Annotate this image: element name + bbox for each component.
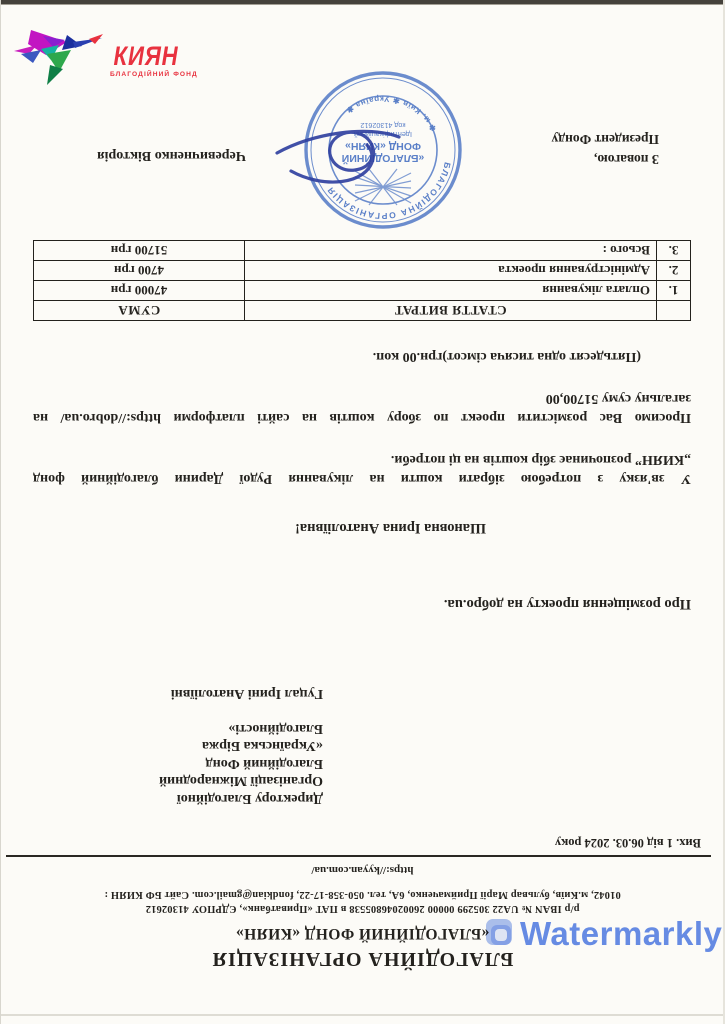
table-row: 3. Всього : 51700 грн bbox=[34, 241, 691, 261]
recipient-line: «Українська Біржа bbox=[53, 737, 323, 755]
website-line: https://kyyan.com.ua/ bbox=[0, 864, 725, 876]
body-paragraph-1: У зв'язку з потребою зібрати кошти на лі… bbox=[33, 450, 691, 487]
row-sum: 47000 грн bbox=[34, 281, 245, 301]
scan-edge-top-shadow bbox=[0, 4, 725, 5]
scan-edge-left bbox=[0, 0, 1, 1024]
scanned-letter: БЛАГОДІЙНА ОРГАНІЗАЦІЯ «БЛАГОДІЙНИЙ ФОНД… bbox=[0, 0, 725, 1024]
signer-name: Черевичненко Вікторія bbox=[97, 147, 246, 163]
row-sum: 4700 грн bbox=[34, 261, 245, 281]
logo-text-block: КИЯН БЛАГОДІЙНИЙ ФОНД bbox=[110, 44, 198, 78]
recipient-name: Гуцал Ірині Анатоліївні bbox=[53, 685, 323, 703]
col-number-header bbox=[657, 301, 691, 321]
bank-details-line: р/р IBAN № UA22 305299 00000 26002046805… bbox=[0, 903, 725, 914]
stamp-center-line4: код 41302612 bbox=[360, 121, 405, 130]
table-row: 2. Адміністрування проекта 4700 грн bbox=[34, 261, 691, 281]
watermark-logo-icon bbox=[483, 917, 517, 951]
round-stamp: БЛАГОДІЙНА ОРГАНІЗАЦІЯ ✱ м. Київ ✱ Украї… bbox=[251, 67, 463, 233]
amount-in-words: (Пятьдесят одна тисяча сімсот)грн.00 коп… bbox=[373, 348, 641, 364]
stamp-icon: БЛАГОДІЙНА ОРГАНІЗАЦІЯ ✱ м. Київ ✱ Украї… bbox=[251, 67, 463, 233]
cost-table: СТАТТЯ ВИТРАТ СУМА 1. Оплата лікування 4… bbox=[33, 240, 691, 321]
logo-subtitle: БЛАГОДІЙНИЙ ФОНД bbox=[110, 71, 198, 78]
recipient-line: Директору Благодійної bbox=[53, 790, 323, 808]
table-row: 1. Оплата лікування 47000 грн bbox=[34, 281, 691, 301]
stamp-center-line1: «БЛАГОДІЙНИЙ bbox=[342, 152, 425, 165]
address-line: 01042, м.Київ, бульвар Марії Приймаченко… bbox=[0, 889, 725, 900]
col-item-header: СТАТТЯ ВИТРАТ bbox=[245, 301, 657, 321]
recipient-block: Директору Благодійної Організації Міжнар… bbox=[53, 685, 323, 807]
row-number: 1. bbox=[657, 281, 691, 301]
col-sum-header: СУМА bbox=[34, 301, 245, 321]
row-number: 3. bbox=[657, 241, 691, 261]
row-item: Адміністрування проекта bbox=[245, 261, 657, 281]
row-item: Всього : bbox=[245, 241, 657, 261]
body-line: У зв'язку з потребою зібрати кошти на лі… bbox=[33, 469, 691, 488]
body-line: загальну суму 51700,00 bbox=[33, 389, 691, 408]
salutation: Шановна Ірина Анатоліївна! bbox=[28, 519, 725, 536]
row-number: 2. bbox=[657, 261, 691, 281]
logo-bird-icon bbox=[13, 27, 103, 87]
stamp-center-line2: ФОНД «КИЯН» bbox=[345, 140, 421, 152]
table-header-row: СТАТТЯ ВИТРАТ СУМА bbox=[34, 301, 691, 321]
watermark-text: Watermarkly bbox=[520, 915, 722, 953]
header-divider bbox=[6, 855, 711, 857]
body-line: Просимо Вас розмістити проект по збору к… bbox=[33, 408, 691, 427]
closing-title: Президент Фонду bbox=[551, 129, 659, 149]
row-sum: 51700 грн bbox=[34, 241, 245, 261]
reference-number: Вих. 1 від 06.03. 2024 року bbox=[555, 835, 701, 850]
recipient-line: Благодійності» bbox=[53, 720, 323, 738]
closing-block: З повагою, Президент Фонду bbox=[551, 129, 659, 169]
recipient-line: Благодійний Фонд bbox=[53, 755, 323, 773]
logo-title: КИЯН bbox=[110, 44, 182, 68]
recipient-line: Організації Міжнародний bbox=[53, 772, 323, 790]
scan-edge-bottom bbox=[0, 1014, 725, 1016]
subject-line: Про розміщення проекту на добро.ua. bbox=[444, 595, 691, 612]
closing-line: З повагою, bbox=[551, 149, 659, 169]
watermark: Watermarkly bbox=[483, 915, 722, 953]
fund-logo: КИЯН БЛАГОДІЙНИЙ ФОНД bbox=[13, 27, 198, 87]
body-paragraph-2: Просимо Вас розмістити проект по збору к… bbox=[33, 389, 691, 426]
row-item: Оплата лікування bbox=[245, 281, 657, 301]
body-line: „КИЯН” розпочинає збір коштів на ці потр… bbox=[33, 450, 691, 469]
